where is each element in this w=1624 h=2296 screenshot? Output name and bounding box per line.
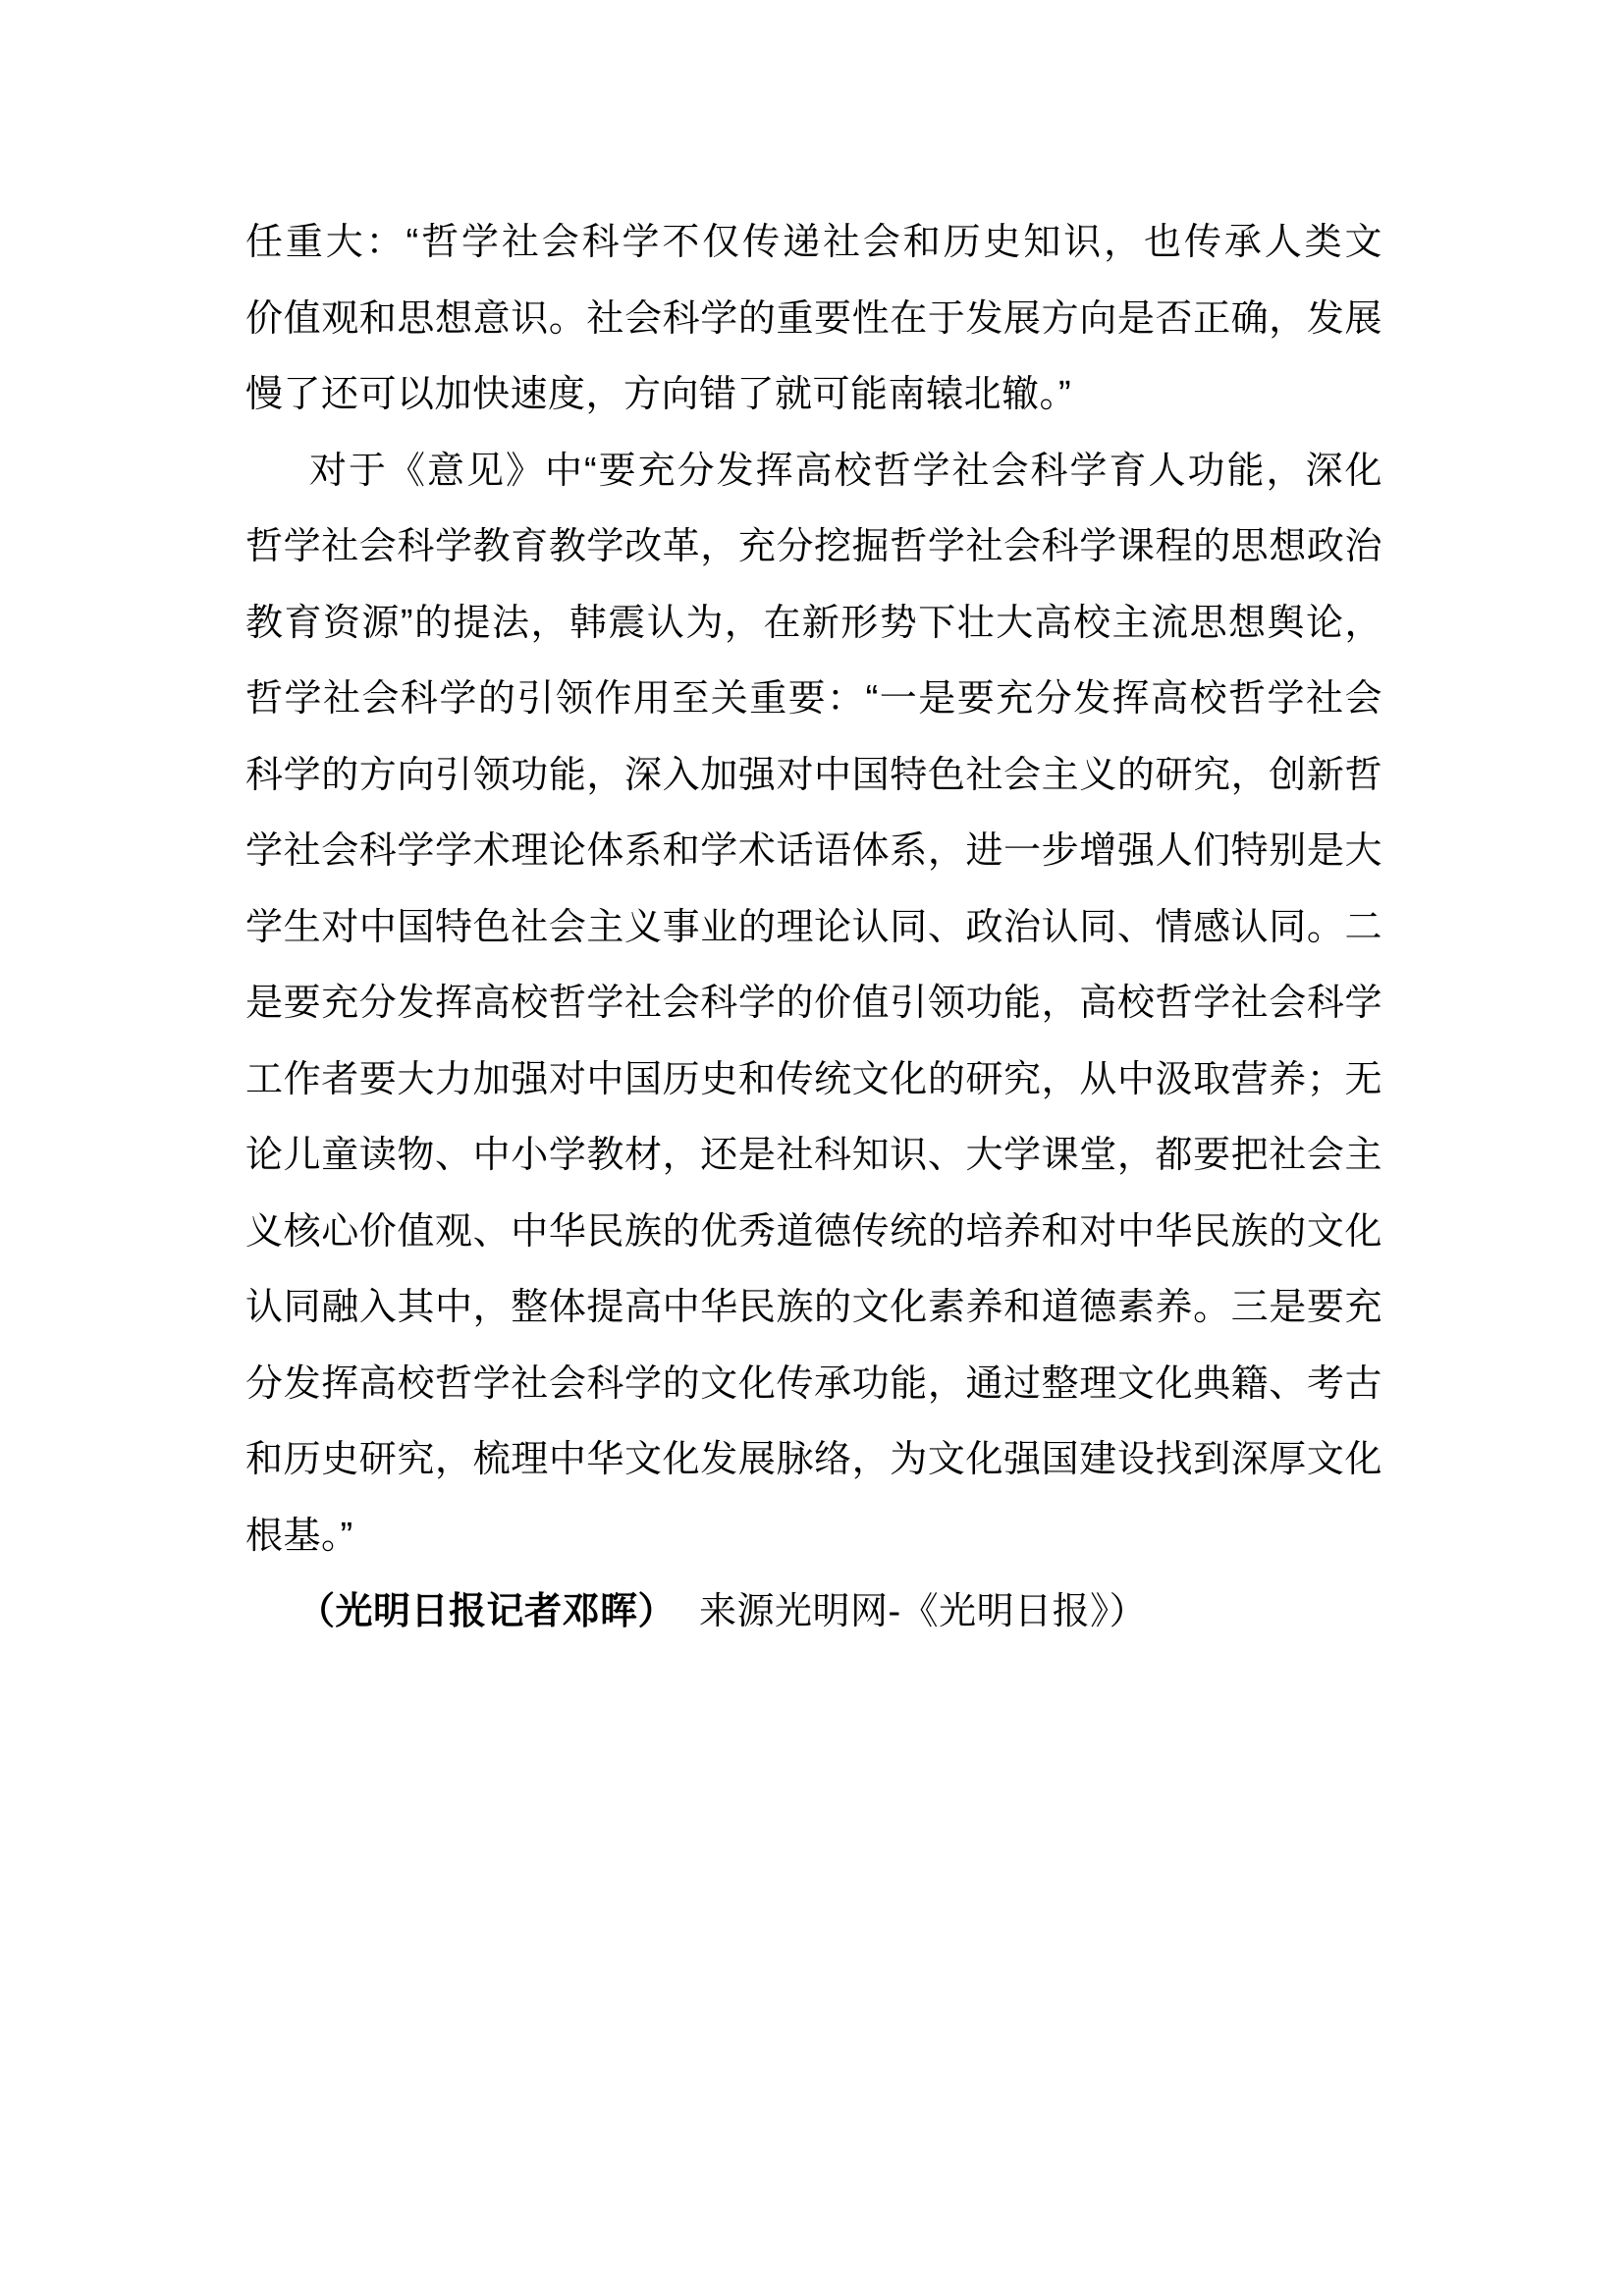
paragraph-2-line-5: 科学的方向引领功能，深入加强对中国特色社会主义的研究，创新哲 — [245, 738, 1382, 815]
paragraph-2-line-7: 学生对中国特色社会主义事业的理论认同、政治认同、情感认同。二 — [245, 890, 1382, 967]
paragraph-2-line-1: 对于《意见》中“要充分发挥高校哲学社会科学育人功能，深化 — [245, 434, 1382, 510]
paragraph-1-line-1: 任重大：“哲学社会科学不仅传递社会和历史知识，也传承人类文化、 — [245, 205, 1382, 282]
paragraph-2-line-3: 教育资源”的提法，韩震认为，在新形势下壮大高校主流思想舆论， — [245, 586, 1382, 663]
paragraph-1-line-2: 价值观和思想意识。社会科学的重要性在于发展方向是否正确，发展 — [245, 282, 1382, 358]
document-page: 任重大：“哲学社会科学不仅传递社会和历史知识，也传承人类文化、 价值观和思想意识… — [0, 0, 1624, 2296]
paragraph-2-line-8: 是要充分发挥高校哲学社会科学的价值引领功能，高校哲学社会科学 — [245, 966, 1382, 1042]
document-body: 任重大：“哲学社会科学不仅传递社会和历史知识，也传承人类文化、 价值观和思想意识… — [245, 205, 1382, 1651]
paragraph-2-line-10: 论儿童读物、中小学教材，还是社科知识、大学课堂，都要把社会主 — [245, 1118, 1382, 1195]
paragraph-2-line-12: 认同融入其中，整体提高中华民族的文化素养和道德素养。三是要充 — [245, 1270, 1382, 1347]
paragraph-2-line-6: 学社会科学学术理论体系和学术话语体系，进一步增强人们特别是大 — [245, 814, 1382, 890]
byline-author: （光明日报记者邓晖） — [298, 1591, 676, 1632]
paragraph-2-line-13: 分发挥高校哲学社会科学的文化传承功能，通过整理文化典籍、考古 — [245, 1347, 1382, 1423]
paragraph-2-line-15: 根基。” — [245, 1499, 1382, 1575]
paragraph-2-line-14: 和历史研究，梳理中华文化发展脉络，为文化强国建设找到深厚文化 — [245, 1422, 1382, 1499]
paragraph-1-line-3: 慢了还可以加快速度，方向错了就可能南辕北辙。” — [245, 357, 1382, 434]
byline: （光明日报记者邓晖）来源光明网-《光明日报》） — [245, 1575, 1382, 1651]
paragraph-2-line-11: 义核心价值观、中华民族的优秀道德传统的培养和对中华民族的文化 — [245, 1195, 1382, 1271]
paragraph-2-line-2: 哲学社会科学教育教学改革，充分挖掘哲学社会科学课程的思想政治 — [245, 509, 1382, 586]
byline-source: 来源光明网-《光明日报》） — [699, 1591, 1147, 1632]
paragraph-2-line-4: 哲学社会科学的引领作用至关重要：“一是要充分发挥高校哲学社会 — [245, 662, 1382, 738]
paragraph-2-line-9: 工作者要大力加强对中国历史和传统文化的研究，从中汲取营养；无 — [245, 1042, 1382, 1119]
